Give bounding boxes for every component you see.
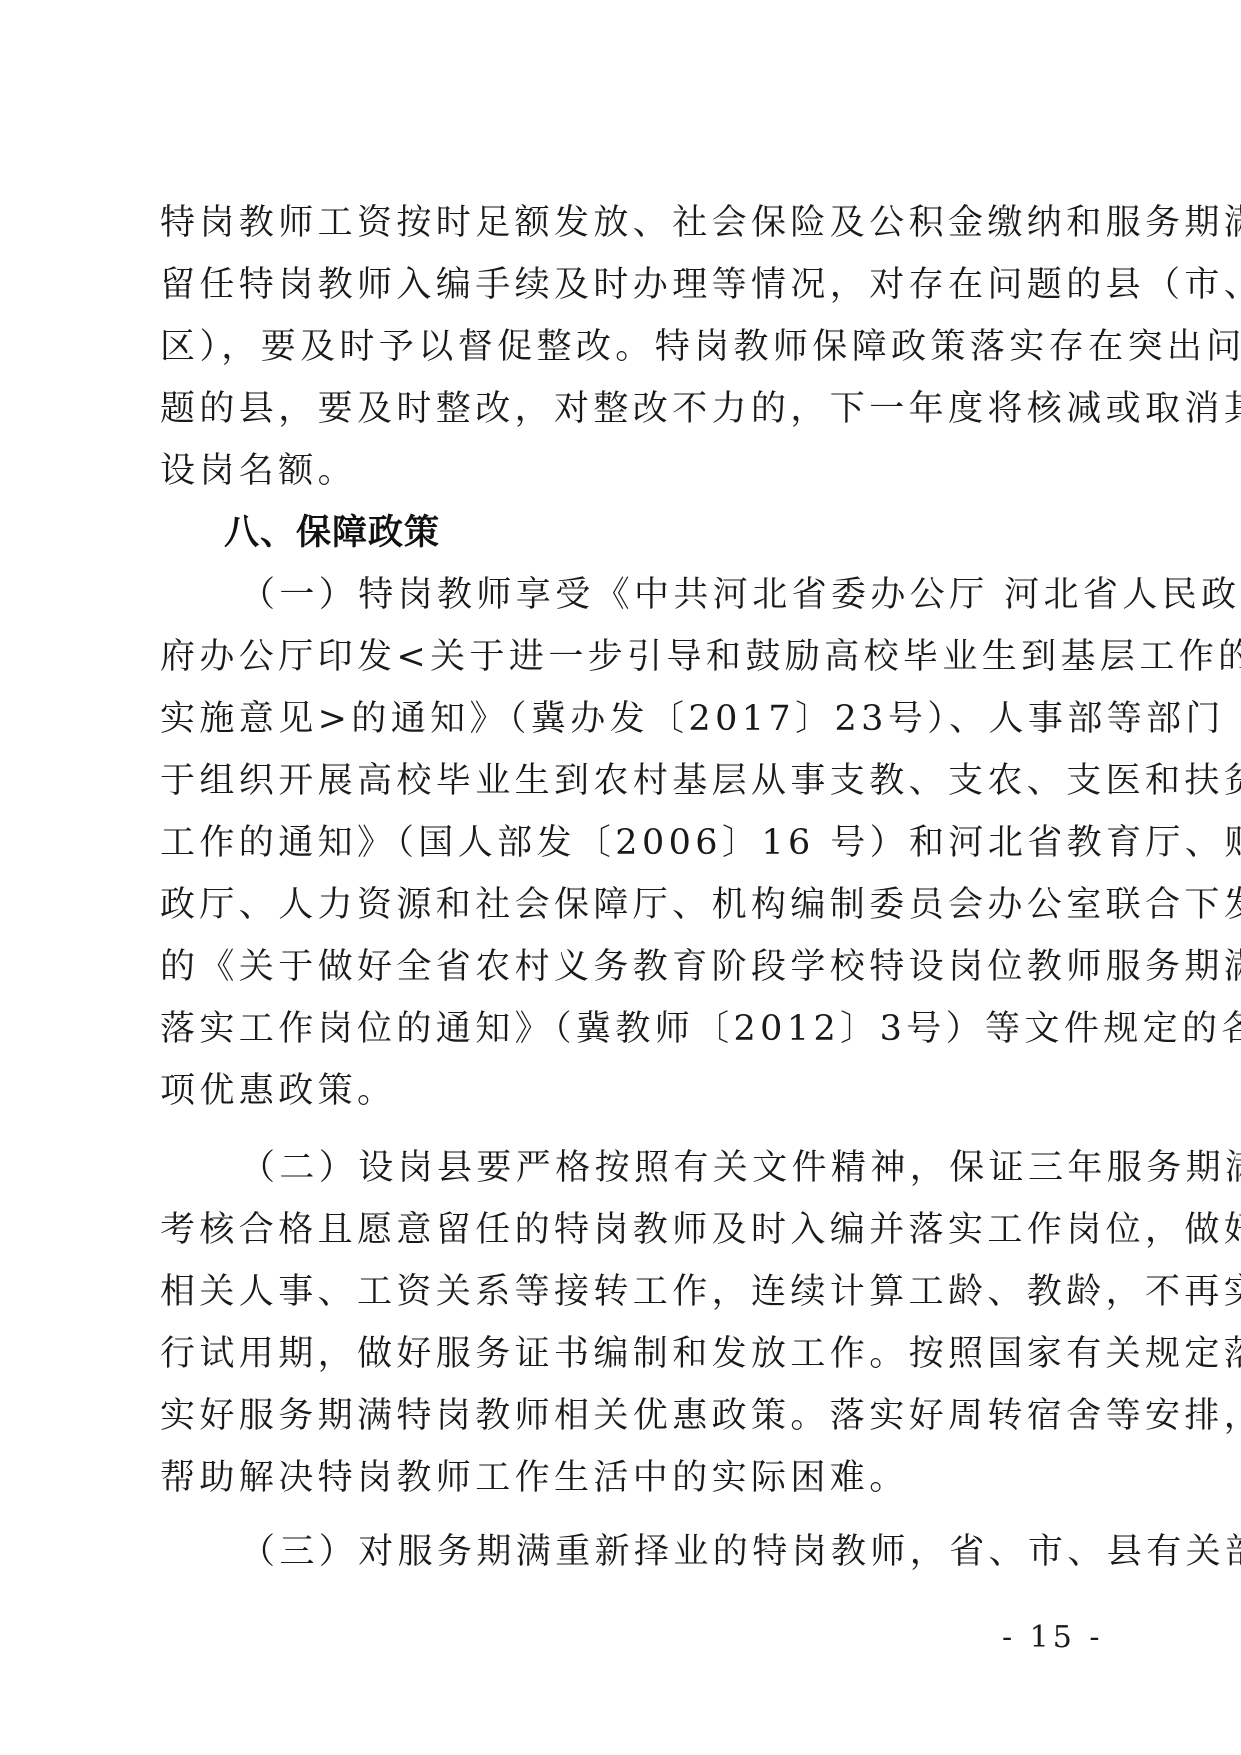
paragraph-line: 区），要及时予以督促整改。特岗教师保障政策落实存在突出问 bbox=[160, 325, 1080, 369]
subsection-2-line: 行试用期，做好服务证书编制和发放工作。按照国家有关规定落 bbox=[160, 1332, 1080, 1376]
subsection-1-line: 实施意见>的通知》（冀办发〔2017〕23号）、人事部等部门《关 bbox=[160, 697, 1080, 741]
subsection-1-line: 的《关于做好全省农村义务教育阶段学校特设岗位教师服务期满 bbox=[160, 945, 1080, 989]
subsection-1-line: （一）特岗教师享受《中共河北省委办公厅 河北省人民政 bbox=[240, 573, 1080, 617]
subsection-1-line: 项优惠政策。 bbox=[160, 1069, 1080, 1113]
subsection-1-line: 落实工作岗位的通知》（冀教师〔2012〕3号）等文件规定的各 bbox=[160, 1007, 1080, 1051]
paragraph-line: 特岗教师工资按时足额发放、社会保险及公积金缴纳和服务期满 bbox=[160, 201, 1080, 245]
subsection-2-line: （二）设岗县要严格按照有关文件精神，保证三年服务期满、 bbox=[240, 1146, 1080, 1190]
subsection-1-line: 政厅、人力资源和社会保障厅、机构编制委员会办公室联合下发 bbox=[160, 883, 1080, 927]
paragraph-line: 设岗名额。 bbox=[160, 449, 1080, 493]
subsection-2-line: 实好服务期满特岗教师相关优惠政策。落实好周转宿舍等安排， bbox=[160, 1394, 1080, 1438]
subsection-2-line: 帮助解决特岗教师工作生活中的实际困难。 bbox=[160, 1456, 1080, 1500]
subsection-2-line: 考核合格且愿意留任的特岗教师及时入编并落实工作岗位，做好 bbox=[160, 1208, 1080, 1252]
subsection-3-line: （三）对服务期满重新择业的特岗教师，省、市、县有关部 bbox=[240, 1530, 1080, 1574]
page-number: - 15 - bbox=[1002, 1618, 1104, 1658]
subsection-1-line: 于组织开展高校毕业生到农村基层从事支教、支农、支医和扶贫 bbox=[160, 759, 1080, 803]
subsection-1-line: 府办公厅印发<关于进一步引导和鼓励高校毕业生到基层工作的 bbox=[160, 635, 1080, 679]
subsection-2-line: 相关人事、工资关系等接转工作，连续计算工龄、教龄，不再实 bbox=[160, 1270, 1080, 1314]
paragraph-line: 题的县，要及时整改，对整改不力的，下一年度将核减或取消其 bbox=[160, 387, 1080, 431]
subsection-1-line: 工作的通知》（国人部发〔2006〕16 号）和河北省教育厅、财 bbox=[160, 821, 1080, 865]
section-heading: 八、保障政策 bbox=[224, 511, 440, 555]
paragraph-line: 留任特岗教师入编手续及时办理等情况，对存在问题的县（市、 bbox=[160, 263, 1080, 307]
document-page: 特岗教师工资按时足额发放、社会保险及公积金缴纳和服务期满 留任特岗教师入编手续及… bbox=[0, 0, 1241, 1755]
